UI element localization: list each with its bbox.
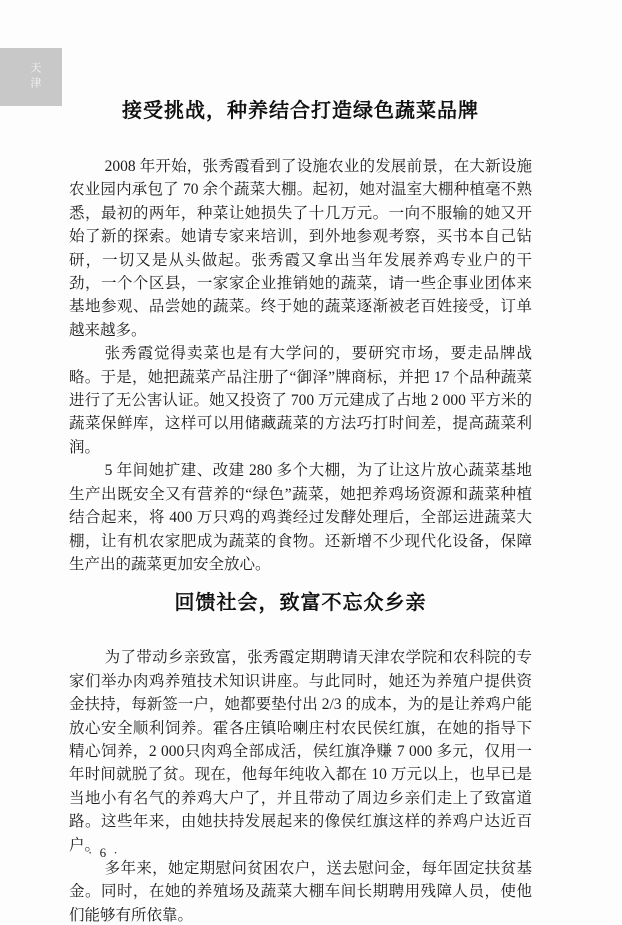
paragraph-2: 张秀霞觉得卖菜也是有大学问的，要研究市场，要走品牌战略。于是，她把蔬菜产品注册了…: [69, 342, 532, 459]
page-number: · 6 ·: [88, 845, 120, 861]
paragraph-3: 5 年间她扩建、改建 280 多个大棚，为了让这片放心蔬菜基地生产出既安全又有营…: [69, 459, 532, 576]
paragraph-5: 多年来，她定期慰问贫困农户，送去慰问金，每年固定扶贫基金。同时，在她的养殖场及蔬…: [69, 857, 532, 925]
section-title-2: 回馈社会，致富不忘众乡亲: [69, 588, 532, 618]
paragraph-1: 2008 年开始，张秀霞看到了设施农业的发展前景，在大新设施农业园内承包了 70…: [69, 155, 532, 342]
region-tab-label: 天津: [27, 62, 43, 92]
section-title-1: 接受挑战，种养结合打造绿色蔬菜品牌: [69, 96, 532, 126]
paragraph-4: 为了带动乡亲致富，张秀霞定期聘请天津农学院和农科院的专家们举办肉鸡养殖技术知识讲…: [69, 646, 532, 857]
book-page: 天津 接受挑战，种养结合打造绿色蔬菜品牌 2008 年开始，张秀霞看到了设施农业…: [0, 0, 622, 925]
page-content: 接受挑战，种养结合打造绿色蔬菜品牌 2008 年开始，张秀霞看到了设施农业的发展…: [69, 0, 532, 925]
region-tab: 天津: [0, 48, 62, 106]
